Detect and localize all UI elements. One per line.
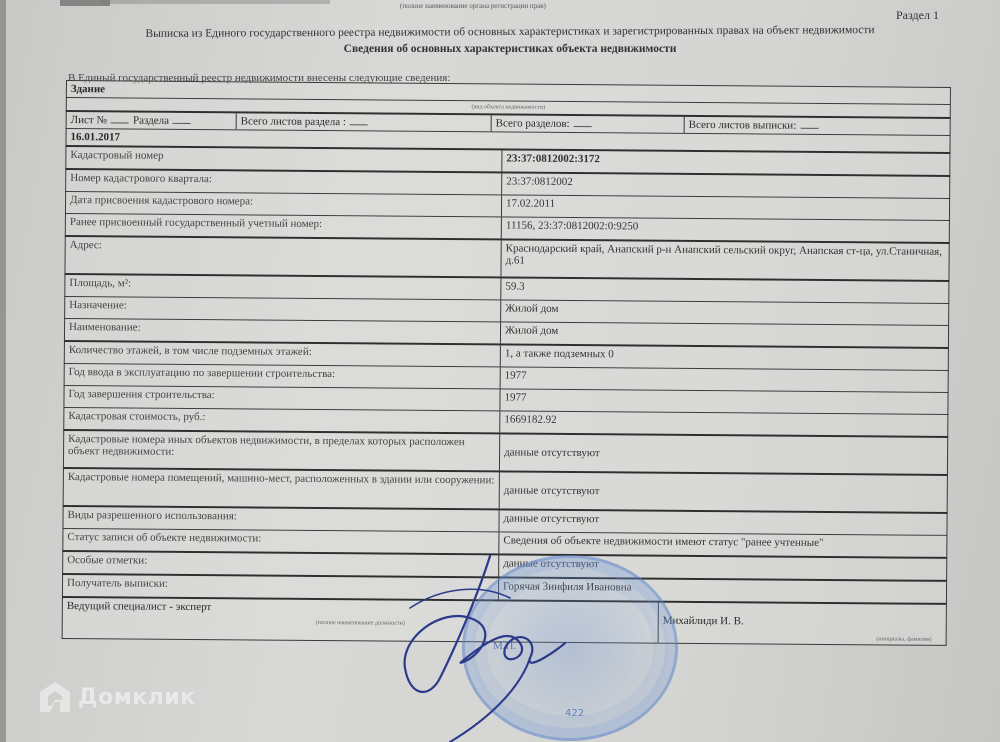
field-label: Статус записи об объекте недвижимости:	[63, 529, 499, 553]
signer-name-caption: (инициалы, фамилия)	[663, 627, 942, 643]
stamp-mark: М.П.	[493, 640, 516, 652]
field-label: Виды разрешенного использования:	[63, 507, 499, 531]
domclick-watermark: Домклик	[38, 680, 196, 714]
field-value: данные отсутствуют	[500, 434, 947, 474]
field-value: Сведения об объекте недвижимости имеют с…	[499, 532, 946, 557]
photo-edge	[0, 0, 6, 742]
field-label: Адрес:	[65, 237, 501, 276]
field-label: Год завершения строительства:	[64, 386, 500, 410]
field-label: Получатель выписки:	[63, 575, 499, 599]
field-label: Дата присвоения кадастрового номера:	[66, 192, 502, 216]
signer-name: Михайлиди И. В. (инициалы, фамилия)	[659, 603, 946, 645]
document-title: Выписка из Единого государственного реес…	[100, 24, 920, 40]
field-label: Количество этажей, в том числе подземных…	[65, 342, 501, 366]
field-value: 1977	[501, 367, 948, 392]
authority-caption: (полное наименование органа регистрации …	[400, 2, 546, 10]
cadastral-number-value: 23:37:0812002:3172	[502, 150, 949, 175]
field-value: данные отсутствуют	[499, 510, 946, 535]
field-label: Кадастровая стоимость, руб.:	[64, 408, 500, 432]
section-label: Раздел 1	[896, 8, 939, 23]
field-label: Наименование:	[65, 319, 501, 343]
signer-name-text: Михайлиди И. В.	[663, 605, 942, 629]
watermark-text: Домклик	[78, 685, 196, 710]
total-sections: Всего разделов:	[492, 115, 685, 133]
sheet-number: Лист №Раздела	[67, 112, 237, 129]
field-label: Площадь, м²:	[65, 275, 501, 299]
field-label: Назначение:	[65, 297, 501, 321]
total-section-sheets: Всего листов раздела :	[237, 113, 492, 131]
cadastral-number-label: Кадастровый номер	[66, 147, 502, 171]
field-value: Жилой дом	[501, 300, 948, 325]
field-value: 1669182.92	[500, 411, 947, 436]
field-value: данные отсутствуют	[500, 472, 947, 512]
total-extract-sheets: Всего листов выписки:	[685, 117, 950, 135]
field-label: Год ввода в эксплуатацию по завершении с…	[65, 364, 501, 388]
field-label: Особые отметки:	[63, 552, 499, 576]
registry-table: Здание (вид объекта недвижимости) Лист №…	[62, 80, 951, 646]
field-label: Кадастровые номера иных объектов недвижи…	[64, 431, 500, 470]
field-value: 1, а также подземных 0	[501, 345, 948, 370]
field-value: Жилой дом	[501, 322, 948, 347]
document-subtitle: Сведения об основных характеристиках объ…	[100, 43, 920, 55]
field-value: Краснодарский край, Анапский р-н Анапски…	[501, 240, 948, 280]
field-value: 11156, 23:37:0812002:0:9250	[502, 217, 949, 242]
stamp-number: 422	[565, 708, 584, 719]
field-label: Кадастровые номера помещений, машино-мес…	[64, 469, 500, 508]
field-label: Ранее присвоенный государственный учетны…	[66, 214, 502, 238]
field-value: 1977	[500, 389, 947, 414]
field-value: 17.02.2011	[502, 195, 949, 220]
field-value: 59.3	[501, 278, 948, 303]
field-label: Номер кадастрового квартала:	[66, 170, 502, 194]
domclick-logo-icon	[38, 680, 72, 714]
top-decor	[100, 0, 330, 4]
field-value: 23:37:0812002	[502, 173, 949, 198]
